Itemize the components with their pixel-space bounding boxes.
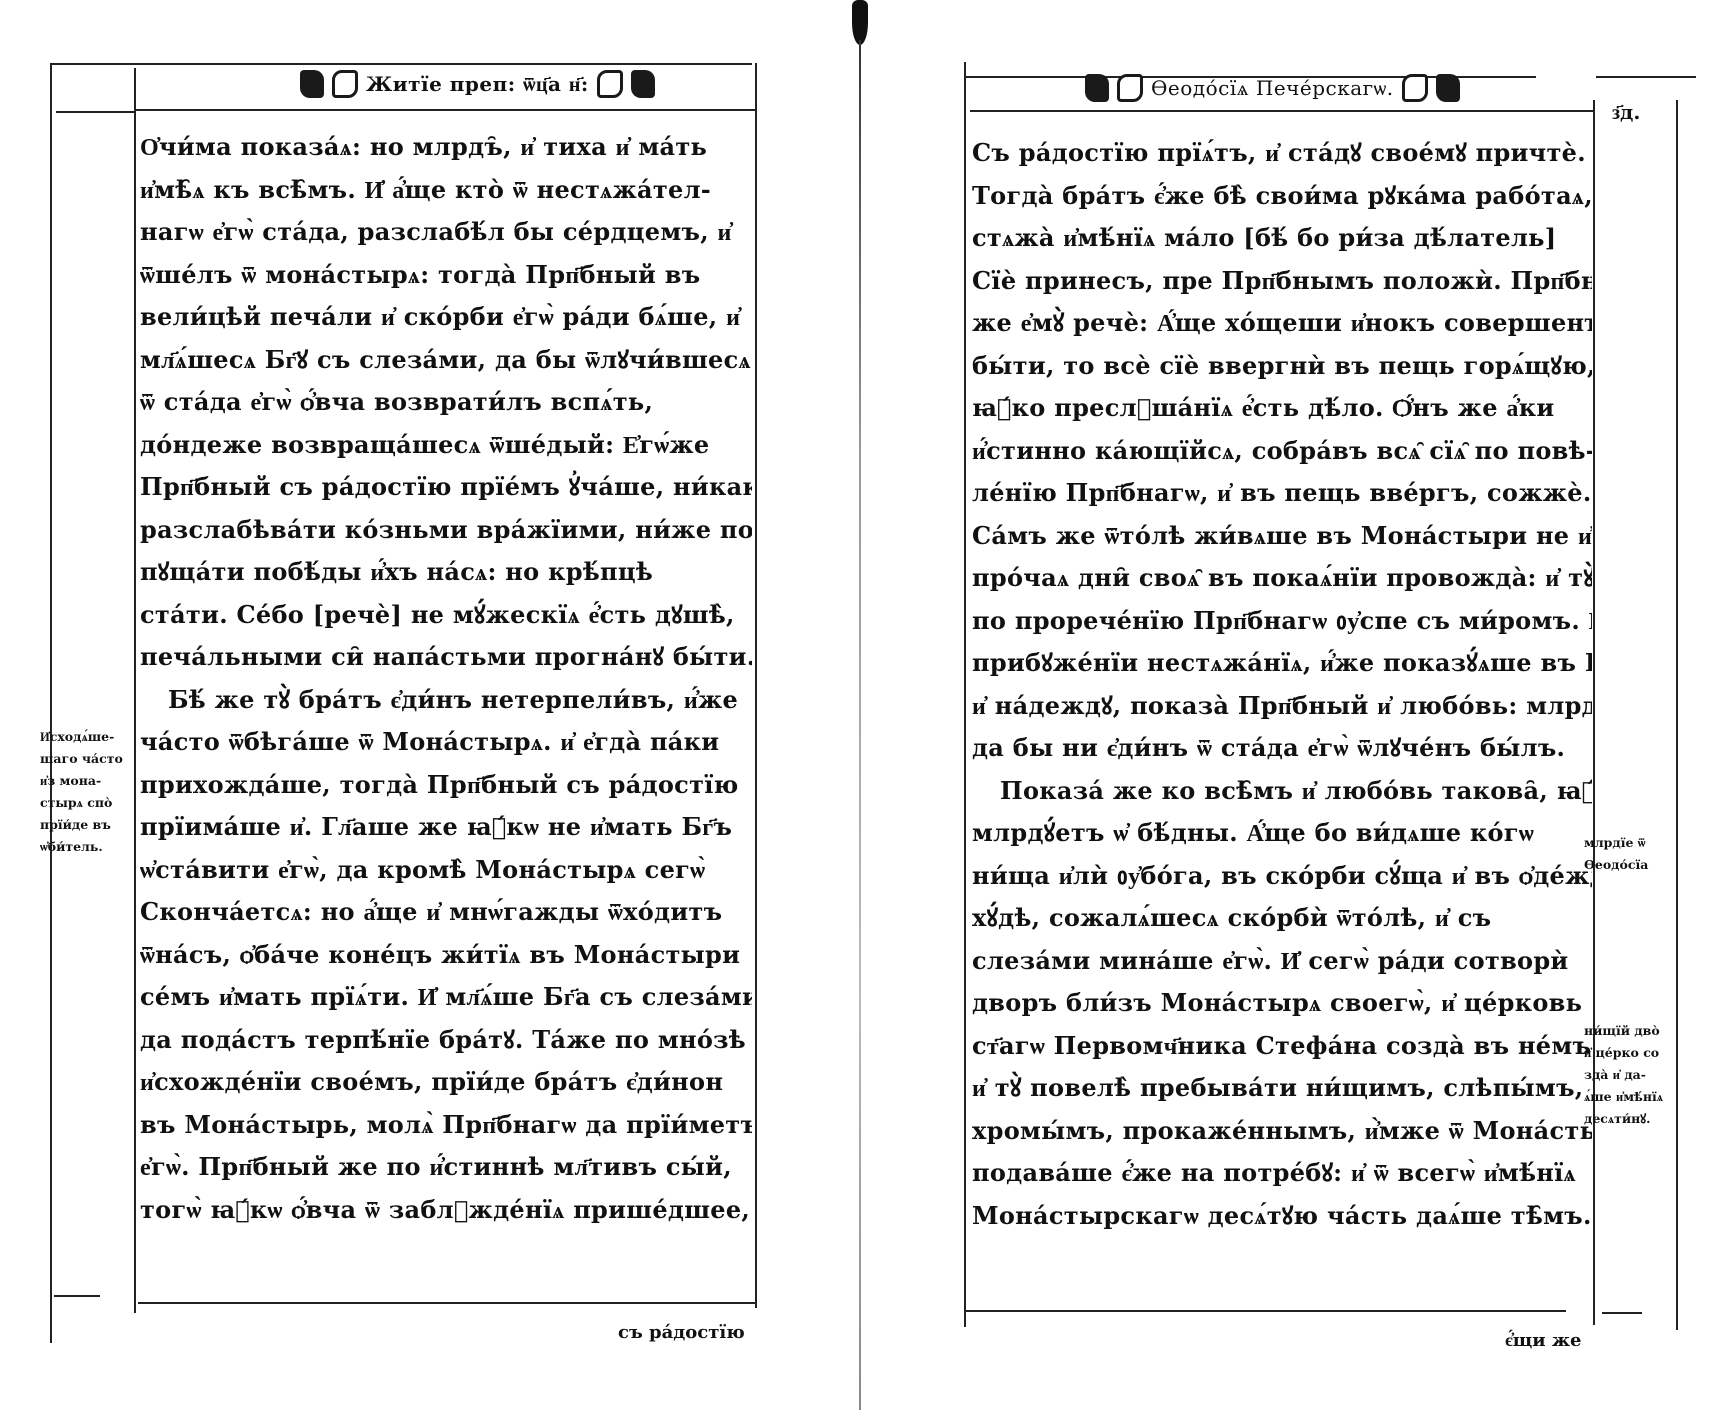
text-line: се́мъ и҆мать прїѧ́ти. И҆ мл҃ѧ́ше Бг҃а съ…: [140, 976, 752, 1019]
right-head-rule-bottom: [970, 110, 1594, 112]
right-outer-vertical: [1676, 100, 1678, 1330]
text-line: Тогда̀ бра́тъ є҆́же бѣ̀ свои́ма рꙋка́ма …: [972, 175, 1592, 218]
text-line: подава́ше є҆́же на потре́бꙋ: и҆ ѿ всегѡ̀…: [972, 1152, 1592, 1195]
text-line: прихожда́ше, тогда̀ Прп҃бный съ ра́достї…: [140, 764, 752, 807]
text-line: да пода́стъ терпѣ́нїе бра́тꙋ. Та́же по м…: [140, 1019, 752, 1062]
text-line: печа́льными си̑ напа́стьми прогна́нꙋ бы́…: [140, 636, 752, 679]
text-line: мл҃ѧ́шесѧ Бг҃ꙋ съ слеза́ми, да бы ѿлꙋчи́…: [140, 339, 752, 382]
text-line: ѿ ста́да е҆гѡ̀ ѻ҆́вча возврати́лъ вспѧ́т…: [140, 381, 752, 424]
text-line: ѿна́съ, ѻ҆ба́че коне́цъ жи́тїѧ въ Мона́с…: [140, 934, 752, 977]
text-line: до́ндеже возвраща́шесѧ ѿше́дый: Е҆гѡ́же: [140, 424, 752, 467]
margin-note-line: млрдїе ѿ: [1584, 832, 1648, 854]
text-line: дворъ бли́зъ Мона́стырѧ своегѡ̀, и҆ це́р…: [972, 982, 1592, 1025]
right-catchword: є҆́щи же: [1505, 1330, 1582, 1351]
text-line: и҆мѣ̑ѧ къ всѣ̑мъ. И҆ а҆́ще кто̀ ѿ нестѧж…: [140, 169, 752, 212]
text-line: ча́сто ѿбѣга́ше ѿ Мона́стырѧ. и҆ е҆гда̀ …: [140, 721, 752, 764]
right-body-text: Съ ра́достїю прїѧ́тъ, и҆ ста́дꙋ свое́мꙋ …: [972, 132, 1592, 1237]
margin-note-line: ѡ҆би́тель.: [40, 836, 123, 858]
text-line: Сїѐ принесъ, пре Прп҃бнымъ положѝ. Прп҃б…: [972, 260, 1592, 303]
right-margin-note-2: ни́щїй дво̀ и҆ це́рко со зда̀ и҆ да- ѧ́ш…: [1584, 1020, 1663, 1130]
text-line: О҆чи́ма показа́ѧ: но млрдъ̑, и҆ тиха и҆ …: [140, 126, 752, 169]
margin-note-line: ѧ́ше и҆мѣ́нїѧ: [1584, 1086, 1663, 1108]
text-line: Прп҃бный съ ра́достїю прїе́мъ ꙋ҆ча́ше, н…: [140, 466, 752, 509]
margin-note-line: Ѳеодо́сїа: [1584, 854, 1648, 876]
ornament-icon: [1402, 74, 1428, 102]
text-line: ни́ща и҆лѝ ᲂу҆бо́га, въ ско́рби сꙋ́ща и҆…: [972, 855, 1592, 898]
left-running-head: Житїе преп: ѿц҃а н҃:: [300, 70, 655, 98]
text-line: хꙋ́дѣ, сожалѧ́шесѧ ско́рбѝ ѿто́лѣ, и҆ съ: [972, 897, 1592, 940]
right-margin-rule-top: [1596, 76, 1696, 78]
text-line: прїима́ше и҆. Гл҃аше же ꙗ҆́кѡ не и҆мать …: [140, 806, 752, 849]
left-margin-rule-top: [56, 111, 134, 113]
left-outer-vertical: [50, 63, 52, 1343]
text-line: Мона́стырскагѡ десѧ́тꙋю ча́сть даѧ́ше тѣ…: [972, 1195, 1592, 1238]
ornament-icon: [1436, 74, 1460, 102]
margin-note-line: зда̀ и҆ да-: [1584, 1064, 1663, 1086]
text-line: и҆ тꙋ̀ повелѣ̀ пребыва́ти ни́щимъ, слѣпы…: [972, 1067, 1592, 1110]
text-line: да бы ни є҆ди́нъ ѿ ста́да е҆гѡ̀ ѿлꙋче́нъ…: [972, 727, 1592, 770]
text-line: по прорече́нїю Прп҃бнагѡ ᲂу҆спе съ ми́ро…: [972, 600, 1592, 643]
ornament-icon: [1117, 74, 1143, 102]
left-catchword: съ ра́достїю: [618, 1322, 745, 1343]
margin-note-line: и҆ це́рко со: [1584, 1042, 1663, 1064]
right-margin-note-1: млрдїе ѿ Ѳеодо́сїа: [1584, 832, 1648, 876]
ornament-icon: [597, 70, 623, 98]
right-page: Ѳеодо́сїѧ Пече́рскагѡ. з҃д. Съ ра́достїю…: [860, 0, 1728, 1416]
folio-number: з҃д.: [1612, 100, 1640, 125]
text-line: слеза́ми мина́ше е҆гѡ̀. И҆ сегѡ̀ ра́ди с…: [972, 940, 1592, 983]
right-text-left-vertical: [964, 62, 966, 1327]
text-line: въ Мона́стырь, молѧ̀ Прп҃бнагѡ да прїи́м…: [140, 1104, 752, 1147]
text-line: бы́ти, то всѐ сїѐ ввергнѝ въ пещь горѧ́щ…: [972, 345, 1592, 388]
text-line: ста́ти. Се́бо [речѐ] не мꙋ́жескїѧ е҆́сть…: [140, 594, 752, 637]
text-line: хромы́мъ, прокаже́ннымъ, и҆̀мже ѿ Мона́с…: [972, 1110, 1592, 1153]
left-outer-rule-top: [52, 63, 752, 65]
text-line: е҆гѡ̀. Прп҃бный же по и҆́стиннѣ мл҃тивъ …: [140, 1146, 752, 1189]
text-line: разслабѣва́ти ко́зньми вра́жїими, ни́же …: [140, 509, 752, 552]
text-line: млрдꙋ́етъ ѡ҆ бѣ́дны. А҆́ще бо ви́дѧше ко…: [972, 812, 1592, 855]
text-line: же е҆мꙋ̀ речѐ: А҆́ще хо́щеши и҆нокъ сове…: [972, 302, 1592, 345]
left-margin-note: И҆сходѧ́ше- шаго ча́сто и҆з мона- стырѧ …: [40, 726, 123, 858]
text-line: Са́мъ же ѿто́лѣ жи́вѧше въ Мона́стыри не…: [972, 515, 1592, 558]
margin-note-line: ни́щїй дво̀: [1584, 1020, 1663, 1042]
text-line: стѧжа̀ и҆мѣ́нїѧ ма́ло [бѣ́ бо ри́за дѣ́л…: [972, 217, 1592, 260]
text-line: и҆схожде́нїи свое́мъ, прїи́де бра́тъ є҆д…: [140, 1061, 752, 1104]
text-line: ст҃агѡ Первомч҃ника Стефа́на созда̀ въ н…: [972, 1025, 1592, 1068]
right-running-head: Ѳеодо́сїѧ Пече́рскагѡ.: [1085, 74, 1460, 102]
running-head-text: Житїе преп: ѿц҃а н҃:: [366, 72, 589, 97]
margin-note-line: десѧти́нꙋ.: [1584, 1108, 1663, 1130]
text-line: ѿше́лъ ѿ мона́стырѧ: тогда̀ Прп҃бный въ: [140, 254, 752, 297]
running-head-text: Ѳеодо́сїѧ Пече́рскагѡ.: [1151, 76, 1394, 101]
left-page: Житїе преп: ѿц҃а н҃: О҆чи́ма показа́ѧ: н…: [0, 0, 860, 1416]
right-margin-bottom-rule: [1602, 1312, 1642, 1314]
text-line: Сконча́етсѧ: но а҆́ще и҆ мнѡ́гажды ѿхо́д…: [140, 891, 752, 934]
ornament-icon: [1085, 74, 1109, 102]
paragraph-start-line: Показа́ же ко всѣ̑мъ и҆ любо́вь такова̑,…: [972, 770, 1592, 813]
text-line: Съ ра́достїю прїѧ́тъ, и҆ ста́дꙋ свое́мꙋ …: [972, 132, 1592, 175]
margin-note-line: прїи́де въ: [40, 814, 123, 836]
text-line: прибꙋже́нїи нестѧжа́нїѧ, и҆́же показꙋ́ѧш…: [972, 642, 1592, 685]
text-line: вели́цѣй печа́ли и҆ ско́рби е҆гѡ̀ ра́ди …: [140, 296, 752, 339]
text-line: ѡ҆ста́вити е҆гѡ̀, да кромѣ̀ Мона́стырѧ с…: [140, 849, 752, 892]
ornament-icon: [631, 70, 655, 98]
text-line: нагѡ е҆гѡ̀ ста́да, разслабѣ́л бы се́рдце…: [140, 211, 752, 254]
right-text-bottom-rule: [966, 1310, 1566, 1312]
ornament-icon: [332, 70, 358, 98]
left-text-bottom-rule: [138, 1302, 756, 1304]
left-inner-vertical: [134, 68, 136, 1313]
text-line: пꙋща́ти побѣ́ды и҆́хъ на́сѧ: но крѣ́пцѣ: [140, 551, 752, 594]
text-line: ꙗ҆́ко преслꙋша́нїѧ е҆́сть дѣ́ло. Ѻ҆́нъ ж…: [972, 387, 1592, 430]
text-line: и҆́стинно ка́ющїйсѧ, собра́въ всѧ̑ сїѧ̑ …: [972, 430, 1592, 473]
ornament-icon: [300, 70, 324, 98]
margin-note-line: стырѧ спо̀: [40, 792, 123, 814]
text-line: тогѡ̀ ꙗ҆́кѡ ѻ҆́вча ѿ заблꙋжде́нїѧ прише́…: [140, 1189, 752, 1232]
right-text-right-vertical: [1593, 100, 1595, 1325]
margin-note-line: шаго ча́сто: [40, 748, 123, 770]
left-body-text: О҆чи́ма показа́ѧ: но млрдъ̑, и҆ тиха и҆ …: [140, 126, 752, 1231]
left-margin-bottom-rule: [54, 1295, 100, 1297]
text-line: ле́нїю Прп҃бнагѡ, и҆ въ пещь вве́ргъ, со…: [972, 472, 1592, 515]
left-head-rule-bottom: [136, 109, 756, 111]
margin-note-line: и҆з мона-: [40, 770, 123, 792]
text-line: про́чаѧ дни̑ своѧ̑ въ покаѧ́нїи провожда…: [972, 557, 1592, 600]
margin-note-line: И҆сходѧ́ше-: [40, 726, 123, 748]
paragraph-start-line: Бѣ́ же тꙋ̀ бра́тъ є҆ди́нъ нетерпели́въ, …: [140, 679, 752, 722]
text-line: и҆ на́деждꙋ, показа̀ Прп҃бный и҆ любо́вь…: [972, 685, 1592, 728]
left-text-right-vertical: [755, 63, 757, 1308]
